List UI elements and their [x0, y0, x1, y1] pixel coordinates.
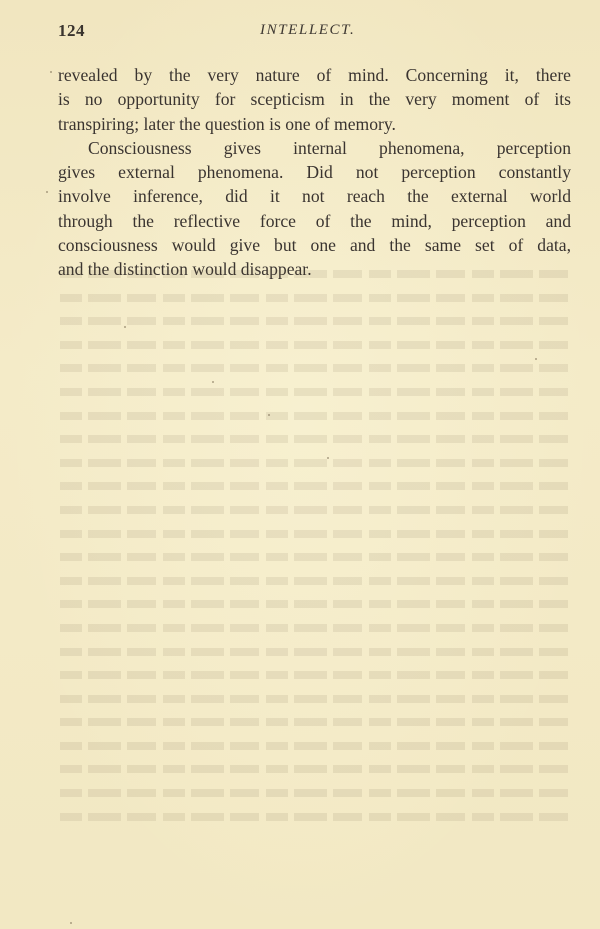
bleed-line [60, 663, 575, 687]
bleed-line [60, 262, 575, 286]
text-line: through the reflective force of the mind… [58, 209, 571, 233]
text-line: is no opportunity for scepticism in the … [58, 87, 571, 111]
bleed-line [60, 805, 575, 829]
bleed-line [60, 474, 575, 498]
bleed-line [60, 380, 575, 404]
bleed-line [60, 616, 575, 640]
bleed-line [60, 498, 575, 522]
text-line: Consciousness gives internal phenomena, … [58, 136, 571, 160]
paper-speck [212, 381, 214, 383]
text-line: gives external phenomena. Did not percep… [58, 160, 571, 184]
bleed-line [60, 545, 575, 569]
paper-speck [327, 457, 329, 459]
text-line: transpiring; later the question is one o… [58, 112, 571, 136]
paper-speck [124, 326, 126, 328]
bleed-line [60, 687, 575, 711]
paragraph-2: Consciousness gives internal phenomena, … [58, 136, 571, 282]
bleed-line [60, 309, 575, 333]
paper-speck [70, 922, 72, 924]
text-line: involve inference, did it not reach the … [58, 184, 571, 208]
bleed-line [60, 640, 575, 664]
bleed-line [60, 333, 575, 357]
paper-speck [50, 71, 52, 73]
bleed-line [60, 710, 575, 734]
running-head: 124 INTELLECT. [58, 21, 544, 45]
paper-speck [46, 191, 48, 193]
text-line: consciousness would give but one and the… [58, 233, 571, 257]
bleed-line [60, 592, 575, 616]
bleed-line [60, 569, 575, 593]
paper-speck [535, 358, 537, 360]
book-page: 124 INTELLECT. revealed by the very natu… [0, 0, 600, 929]
bleed-line [60, 734, 575, 758]
running-head-title: INTELLECT. [260, 22, 355, 39]
bleed-line [60, 451, 575, 475]
bleed-line [60, 522, 575, 546]
paper-speck [268, 414, 270, 416]
bleed-line [60, 286, 575, 310]
body-text: revealed by the very nature of mind. Con… [58, 63, 571, 282]
bleed-line [60, 781, 575, 805]
page-number: 124 [58, 21, 85, 41]
bleed-line [60, 356, 575, 380]
bleed-line [60, 404, 575, 428]
text-line: revealed by the very nature of mind. Con… [58, 63, 571, 87]
reverse-side-bleed-through [60, 262, 575, 892]
paragraph-1: revealed by the very nature of mind. Con… [58, 63, 571, 136]
bleed-line [60, 427, 575, 451]
bleed-line [60, 757, 575, 781]
